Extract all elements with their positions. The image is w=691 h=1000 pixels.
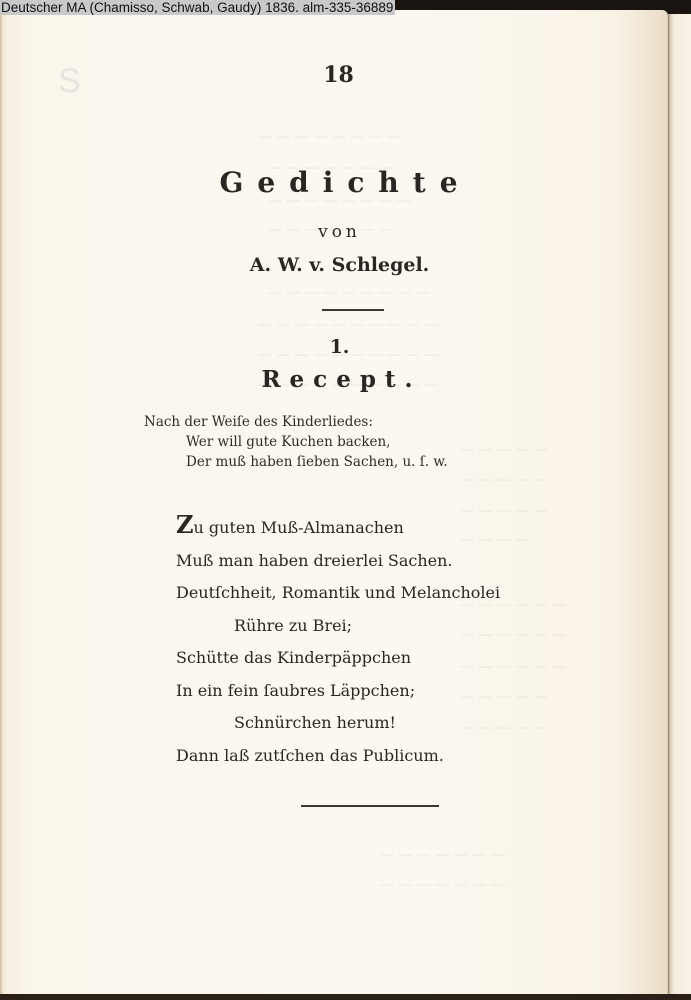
verse-line: Zu guten Muß-Almanachen xyxy=(176,512,500,545)
epigraph-line: Nach der Weiſe des Kinderliedes: xyxy=(144,414,373,430)
verse-line: Deutſchheit, Romantik und Melancholei xyxy=(176,577,500,610)
poem-number: 1. xyxy=(0,336,685,358)
verse-line: Dann laß zutſchen das Publicum. xyxy=(176,740,500,773)
divider-rule xyxy=(322,309,384,311)
epigraph-line: Wer will gute Kuchen backen, xyxy=(144,432,448,452)
drop-cap: Z xyxy=(176,510,194,539)
image-caption: Deutscher MA (Chamisso, Schwab, Gaudy) 1… xyxy=(0,0,395,15)
page-number: 18 xyxy=(0,62,684,88)
scan-border xyxy=(0,994,691,1000)
epigraph-line: Der muß haben ſieben Sachen, u. ſ. w. xyxy=(144,452,448,472)
epigraph: Nach der Weiſe des Kinderliedes: Wer wil… xyxy=(144,412,448,472)
poem-title: Recept. xyxy=(0,366,687,393)
verse-line: Muß man haben dreierlei Sachen. xyxy=(176,545,500,578)
verse-line: Schütte das Kinderpäppchen xyxy=(176,642,500,675)
end-rule xyxy=(301,805,439,807)
next-page-edge xyxy=(668,14,691,996)
byline-von: von xyxy=(0,222,685,242)
verse-line: Schnürchen herum! xyxy=(176,707,500,740)
author-name: A. W. v. Schlegel. xyxy=(0,254,685,276)
section-heading: Gedichte xyxy=(0,166,691,199)
verse-line: Rühre zu Brei; xyxy=(176,610,500,643)
book-page: S — — — — — — — — — — — — — — — — — — — … xyxy=(0,10,668,998)
verse-line: In ein fein ſaubres Läppchen; xyxy=(176,675,500,708)
verse-line-text: u guten Muß-Almanachen xyxy=(194,518,404,537)
poem-body: Zu guten Muß-Almanachen Muß man haben dr… xyxy=(176,512,500,772)
